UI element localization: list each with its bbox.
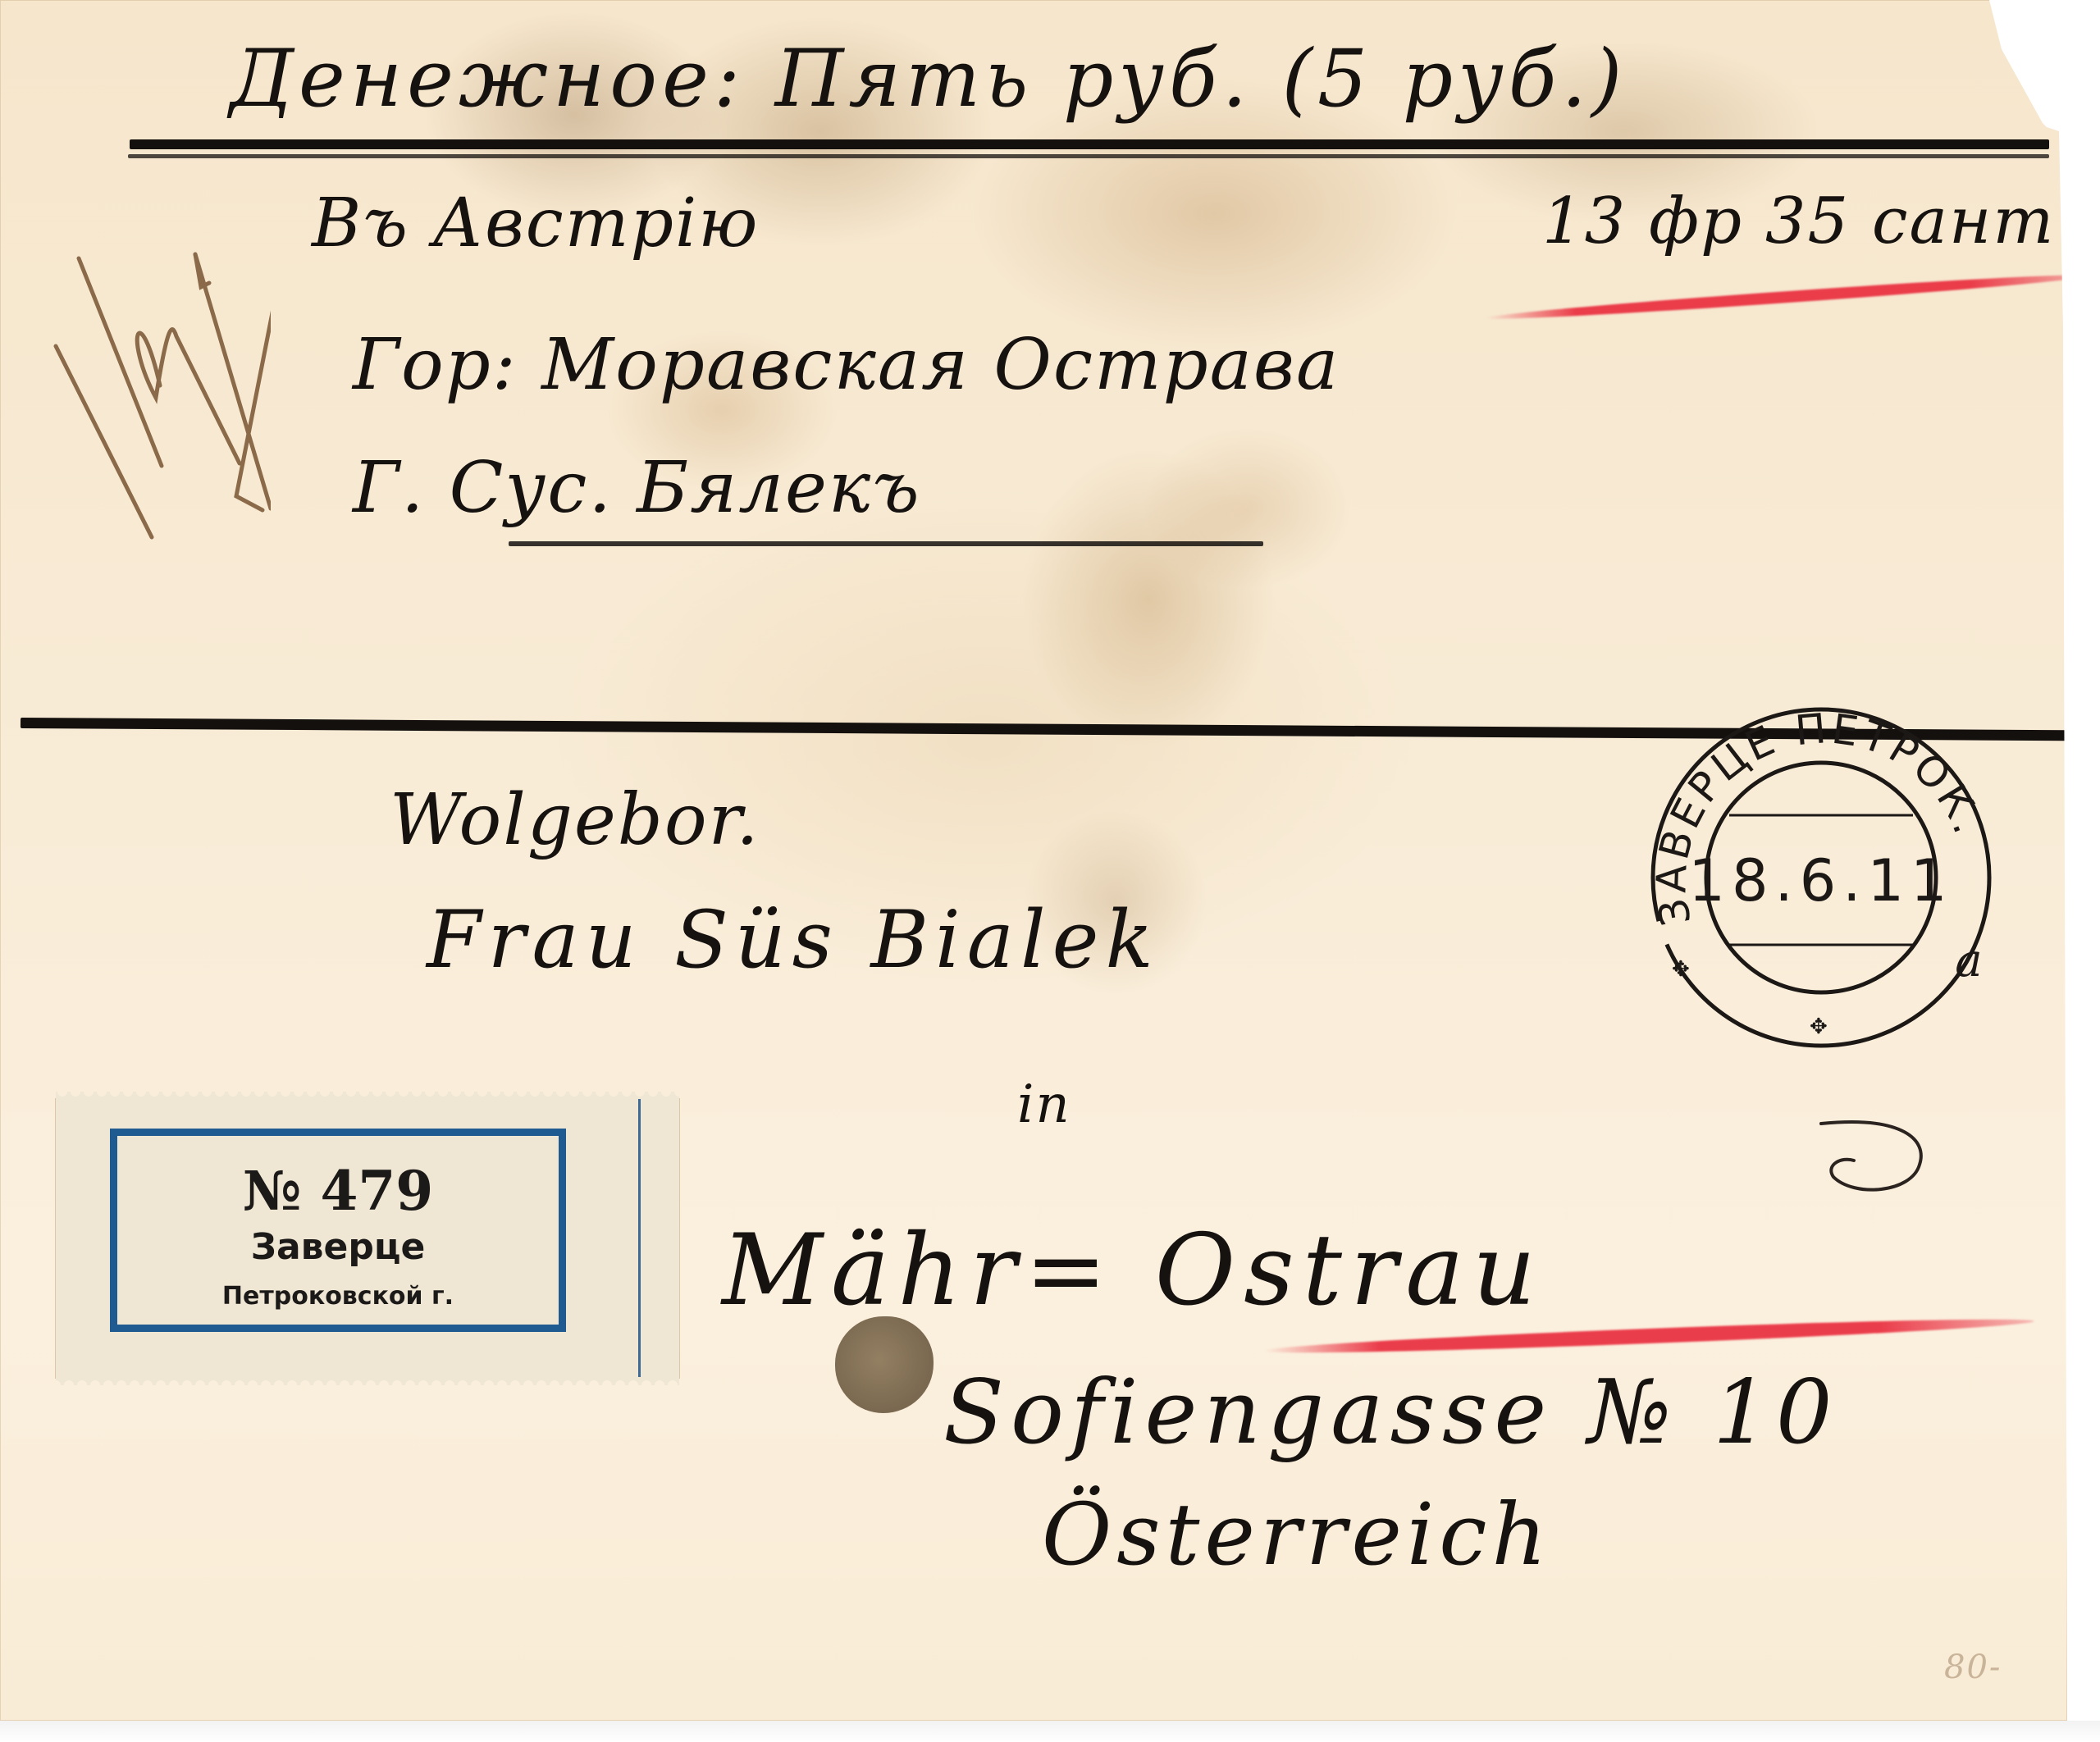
amount-note: 13 фр 35 сант	[1542, 185, 2055, 258]
destination-country-de: Österreich	[1042, 1484, 1551, 1585]
destination-city: Mähr= Ostrau	[722, 1214, 1544, 1328]
scan-background	[0, 1721, 2100, 1742]
postmark: ЗАВЕРЦЕ ПЕТРОК. 18.6.11 а ✥ ✥	[1624, 673, 2018, 1066]
postmark-cross-ornament-left: ✥	[1672, 957, 1690, 982]
ink-flourish	[1805, 1115, 1936, 1214]
recipient-line-ru: Г. Сус. Бялекъ	[353, 447, 921, 529]
declared-value-header: Денежное: Пять руб. (5 руб.)	[230, 33, 1627, 125]
address-preposition: in	[1017, 1074, 1071, 1135]
margin-pencil-note	[25, 246, 271, 574]
salutation: Wolgebor.	[390, 779, 760, 861]
street-address: Sofiengasse № 10	[943, 1361, 1839, 1464]
red-underline-amount	[1485, 270, 2091, 324]
registration-label-divider	[638, 1099, 641, 1378]
registration-province: Петроковской г.	[117, 1282, 559, 1311]
registration-label: № 479 Заверце Петроковской г.	[56, 1099, 679, 1378]
header-rule-thick	[130, 139, 2049, 149]
recipient-name: Frau Süs Bialek	[427, 894, 1160, 986]
header-rule-thin	[128, 154, 2049, 158]
registration-label-frame: № 479 Заверце Петроковской г.	[110, 1129, 566, 1332]
recipient-underline	[509, 541, 1263, 546]
postmark-cross-ornament-bottom: ✥	[1810, 1015, 1828, 1039]
registration-town: Заверце	[117, 1226, 559, 1268]
postmark-series-letter: а	[1955, 934, 1982, 987]
city-line: Гор: Моравская Острава	[353, 324, 1340, 406]
envelope: Денежное: Пять руб. (5 руб.) Въ Австрію …	[0, 0, 2067, 1721]
corner-pencil-note: 80-	[1944, 1649, 2002, 1686]
registration-number: № 479	[117, 1159, 559, 1223]
destination-country: Въ Австрію	[312, 185, 759, 262]
postmark-date: 18.6.11	[1688, 847, 1953, 914]
ink-blot	[835, 1316, 934, 1413]
